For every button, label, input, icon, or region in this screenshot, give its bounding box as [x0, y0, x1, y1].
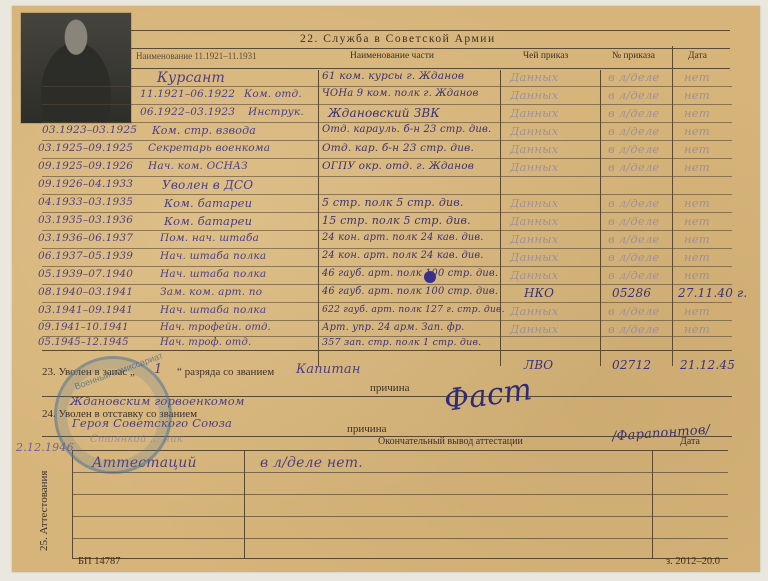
row-period: 03.1935–03.1936 — [38, 214, 133, 226]
row-unit: ОГПУ окр. отд. г. Жданов — [322, 160, 474, 172]
divider — [130, 30, 730, 31]
row-line — [42, 302, 732, 303]
row-order-no: в л/деле — [608, 268, 659, 282]
row-line — [42, 176, 732, 177]
ink-blot — [424, 271, 436, 283]
section22-title: 22. Служба в Советской Армии — [300, 33, 496, 45]
divider — [130, 68, 730, 69]
signature: Фаст — [442, 372, 534, 419]
row-line — [72, 516, 728, 517]
row-unit: 46 гауб. арт. полк 100 стр. див. — [322, 286, 498, 297]
col-whose-order-header: Чей приказ — [523, 51, 568, 61]
row-line — [72, 472, 728, 473]
row-whose-order: Данных — [510, 160, 558, 174]
row-whose-order: Данных — [510, 322, 558, 336]
form-code: БП 14787 — [78, 556, 121, 567]
row-whose-order: Данных — [510, 268, 558, 282]
row-line — [42, 158, 732, 159]
row-unit: ЧОНа 9 ком. полк г. Жданов — [322, 88, 479, 99]
row-date: нет — [684, 160, 710, 174]
row-line — [42, 104, 732, 105]
row-date: 27.11.40 г. — [678, 286, 747, 300]
row-position: Нач. трофейн. отд. — [160, 322, 271, 333]
row-period: 05.1945–12.1945 — [38, 337, 129, 348]
row-unit: Ждановский ЗВК — [328, 106, 440, 120]
row-unit: 5 стр. полк 5 стр. див. — [322, 196, 464, 209]
row-whose-order: Данных — [510, 214, 558, 228]
row-period: 04.1933–03.1935 — [38, 196, 133, 208]
personnel-card: 22. Служба в Советской Армии Наименовани… — [12, 6, 760, 572]
row-order-no: в л/деле — [608, 142, 659, 156]
row-position: Нач. троф. отд. — [160, 337, 251, 348]
section23-rank: Капитан — [296, 362, 361, 377]
row-whose-order: Данных — [510, 250, 558, 264]
print-code: з. 2012–20.0 — [666, 556, 720, 567]
row-date: нет — [684, 88, 710, 102]
row-whose-order: Данных — [510, 106, 558, 120]
section23-reason-label: причина — [370, 382, 409, 394]
row-order-no: в л/деле — [608, 88, 659, 102]
grid-line — [318, 70, 319, 366]
row-unit: 24 кон. арт. полк 24 кав. див. — [322, 250, 484, 261]
row-order-no: в л/деле — [608, 160, 659, 174]
divider — [130, 48, 730, 49]
row-date: нет — [684, 304, 710, 318]
row-position: Курсант — [157, 70, 225, 86]
row-order-no: в л/деле — [608, 304, 659, 318]
row-unit: Арт. упр. 24 арм. Зап. фр. — [322, 322, 464, 333]
row-order-no: 05286 — [612, 286, 651, 300]
col-period-header: Наименование 11.1921–11.1931 — [136, 51, 257, 61]
row-unit: Отд. карауль. б-н 23 стр. див. — [322, 124, 491, 135]
grid-line — [672, 46, 673, 366]
row-order-no: в л/деле — [608, 214, 659, 228]
row-order-no: в л/деле — [608, 232, 659, 246]
row-line — [42, 320, 732, 321]
divider — [72, 450, 728, 451]
row-period: 03.1923–03.1925 — [42, 124, 137, 136]
row-position: Нач. штаба полка — [160, 304, 266, 316]
portrait-photo — [20, 12, 132, 124]
row-position: Пом. нач. штаба — [160, 232, 259, 244]
row-period: 05.1939–07.1940 — [38, 268, 133, 280]
row-unit: Отд. кар. б-н 23 стр. див. — [322, 142, 474, 154]
row-position: Уволен в ДСО — [162, 178, 253, 192]
row-position: Ком. отд. — [244, 88, 302, 100]
row-line — [42, 230, 732, 231]
row-line — [42, 284, 732, 285]
row-date: нет — [684, 250, 710, 264]
grid-line — [244, 450, 245, 558]
side-date: 2.12.1946 — [16, 441, 74, 454]
row-line — [42, 248, 732, 249]
row-position: Нач. штаба полка — [160, 268, 266, 280]
row-period: 09.1926–04.1933 — [38, 178, 133, 190]
row-order-no: в л/деле — [608, 106, 659, 120]
row-position: Нач. ком. ОСНАЗ — [148, 160, 248, 172]
grid-line — [600, 70, 601, 366]
row-line — [72, 538, 728, 539]
row-period: 03.1941–09.1941 — [38, 304, 133, 316]
row-date: нет — [684, 322, 710, 336]
grid-line — [652, 450, 653, 558]
row-line — [72, 494, 728, 495]
row-line — [72, 558, 728, 559]
row-order-no: в л/деле — [608, 322, 659, 336]
row-date: 21.12.45 — [680, 358, 735, 372]
row-line — [42, 194, 732, 195]
row-whose-order: Данных — [510, 232, 558, 246]
row-date: нет — [684, 214, 710, 228]
section25-date-label: Дата — [680, 436, 700, 447]
row-period: 09.1941–10.1941 — [38, 322, 129, 333]
row-line — [42, 122, 732, 123]
row-unit: 24 кон. арт. полк 24 кав. див. — [322, 232, 484, 243]
row-order-no: 02712 — [612, 358, 651, 372]
col-order-no-header: № приказа — [612, 51, 655, 61]
row-period: 09.1925–09.1926 — [38, 160, 133, 172]
row-unit: 61 ком. курсы г. Жданов — [322, 70, 464, 82]
row-whose-order: НКО — [524, 286, 554, 300]
row-position: Нач. штаба полка — [160, 250, 266, 262]
row-period: 03.1925–09.1925 — [38, 142, 133, 154]
row-date: нет — [684, 70, 710, 84]
section23-label-mid: “ разряда со званием — [177, 366, 274, 378]
row-date: нет — [684, 232, 710, 246]
row-period: 08.1940–03.1941 — [38, 286, 133, 298]
section25-final-label: Окончательный вывод аттестации — [378, 436, 523, 447]
row-line — [42, 140, 732, 141]
row-period: 11.1921–06.1922 — [140, 88, 235, 100]
row-date: нет — [684, 124, 710, 138]
row-unit: 15 стр. полк 5 стр. див. — [322, 214, 471, 227]
grid-line — [500, 70, 501, 366]
row-whose-order: Данных — [510, 124, 558, 138]
row-date: нет — [684, 142, 710, 156]
row-position: Ком. батареи — [164, 214, 252, 228]
section25-label: 25. Аттестования — [38, 471, 50, 551]
row-position: Зам. ком. арт. по — [160, 286, 262, 298]
row-order-no: в л/деле — [608, 250, 659, 264]
row-line — [42, 212, 732, 213]
row-unit: 622 гауб. арт. полк 127 г. стр. див. — [322, 304, 505, 315]
row-position: Ком. батареи — [164, 196, 252, 210]
row-whose-order: Данных — [510, 304, 558, 318]
section25-right-value: в л/деле нет. — [260, 455, 363, 471]
col-date-header: Дата — [688, 51, 707, 61]
row-order-no: в л/деле — [608, 124, 659, 138]
row-date: нет — [684, 196, 710, 210]
row-line — [42, 266, 732, 267]
row-whose-order: Данных — [510, 88, 558, 102]
row-line — [42, 86, 732, 87]
row-whose-order: ЛВО — [524, 358, 553, 372]
row-unit: 46 гауб. арт. полк 100 стр. див. — [322, 268, 498, 279]
row-position: Секретарь военкома — [148, 142, 270, 154]
row-period: 06.1937–05.1939 — [38, 250, 133, 262]
section24-reason-label: причина — [347, 423, 386, 435]
row-whose-order: Данных — [510, 70, 558, 84]
row-period: 03.1936–06.1937 — [38, 232, 133, 244]
row-date: нет — [684, 268, 710, 282]
grid-line — [72, 450, 73, 558]
row-order-no: в л/деле — [608, 196, 659, 210]
col-unit-header: Наименование части — [350, 51, 434, 61]
row-date: нет — [684, 106, 710, 120]
row-order-no: в л/деле — [608, 70, 659, 84]
row-line — [42, 350, 732, 351]
row-whose-order: Данных — [510, 142, 558, 156]
row-position: Инструк. — [248, 106, 304, 118]
row-period: 06.1922–03.1923 — [140, 106, 235, 118]
row-position: Ком. стр. взвода — [152, 124, 256, 137]
row-unit: 357 зап. стр. полк 1 стр. див. — [322, 337, 481, 348]
row-whose-order: Данных — [510, 196, 558, 210]
